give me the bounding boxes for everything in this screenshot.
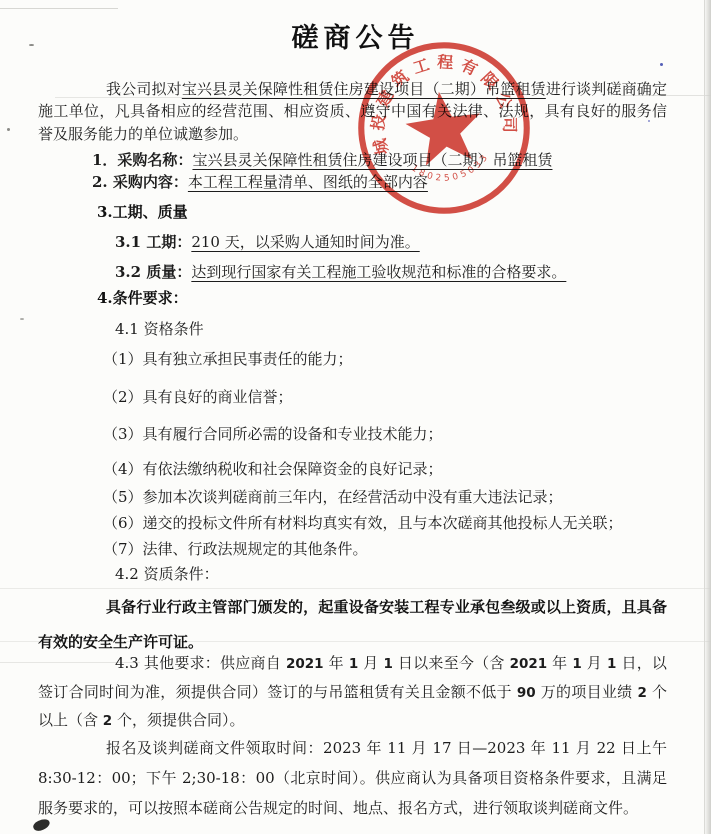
requirements-heading: 4.条件要求： [97,287,667,308]
procurement-name-value: 宝兴县灵关保障性租赁住房建设项目（二期）吊篮租赁 [192,151,552,169]
scan-edge-line [704,0,705,834]
procurement-content-label: 2. 采购内容： [92,173,188,191]
procurement-content-value: 本工程工程量清单、图纸的全部内容 [188,173,428,191]
text-segment: 年 [324,654,349,672]
scanned-announcement-page: 磋商公告 我公司拟对宝兴县灵关保障性租赁住房建设项目（二期）吊篮租赁进行谈判磋商… [0,0,711,834]
scan-artifact-line [0,588,711,589]
text-segment: 日以来至今（含 [393,654,510,672]
text-segment: 4.3 其他要求：供应商自 [115,654,286,672]
other-requirements-paragraph: 4.3 其他要求：供应商自 2021 年 1 月 1 日以来至今（含 2021 … [38,650,667,736]
text-segment: 1 [383,656,392,672]
text-segment: 2 [638,685,647,701]
text-segment: 2021 [510,656,548,672]
duration-label: 3.1 工期： [115,233,191,251]
qualification-heading: 4.1 资格条件 [115,318,667,339]
scan-speck [7,128,10,131]
condition-item: （7）法律、行政法规规定的其他条件。 [103,538,667,559]
schedule-heading: 3.工期、质量 [97,201,667,222]
condition-item: （6）递交的投标文件所有材料均真实有效，且与本次磋商其他投标人无关联； [103,512,667,533]
text-segment: 宝兴县灵关保障性租赁住房建设项目（二期）吊篮租赁 [182,80,546,98]
condition-item: （1）具有独立承担民事责任的能力； [103,348,667,369]
duration-value: 210 天，以采购人通知时间为准。 [191,233,419,251]
condition-item: （3）具有履行合同所必需的设备和专业技术能力； [103,423,667,444]
condition-item: （4）有依法缴纳税收和社会保障资金的良好记录； [103,458,667,479]
scan-speck [660,63,663,66]
text-segment: 1 [572,656,581,672]
quality-label: 3.2 质量： [115,263,191,281]
credential-heading: 4.2 资质条件： [115,563,667,584]
procurement-name-row: 1．采购名称：宝兴县灵关保障性租赁住房建设项目（二期）吊篮租赁 [92,149,667,170]
duration-row: 3.1 工期：210 天，以采购人通知时间为准。 [115,231,667,252]
condition-item: （2）具有良好的商业信誉； [103,386,667,407]
intro-paragraph: 我公司拟对宝兴县灵关保障性租赁住房建设项目（二期）吊篮租赁进行谈判磋商确定施工单… [38,78,667,145]
scan-speck [20,318,24,320]
text-segment: 年 [547,654,572,672]
condition-item: （5）参加本次谈判磋商前三年内，在经营活动中没有重大违法记录； [103,486,667,507]
text-segment: 我公司拟对 [106,80,182,98]
text-segment: 1 [349,656,358,672]
quality-value: 达到现行国家有关工程施工验收规范和标准的合格要求。 [191,263,566,281]
scan-edge-shadow [704,0,711,834]
quality-row: 3.2 质量：达到现行国家有关工程施工验收规范和标准的合格要求。 [115,261,667,282]
text-segment: 月 [358,654,383,672]
page-title: 磋商公告 [0,16,711,55]
text-segment: 2 [103,713,112,729]
text-segment: 月 [582,654,607,672]
text-segment: 90 [517,685,536,701]
procurement-name-label: 1．采购名称： [92,151,192,169]
text-segment: 个，须提供合同）。 [112,711,244,729]
text-segment: 万的项目业绩 [536,683,638,701]
procurement-content-row: 2. 采购内容：本工程工程量清单、图纸的全部内容 [92,171,667,192]
signup-paragraph: 报名及谈判磋商文件领取时间：2023 年 11 月 17 日—2023 年 11… [38,733,667,823]
scan-artifact-line [0,8,118,9]
text-segment: 2021 [286,656,324,672]
